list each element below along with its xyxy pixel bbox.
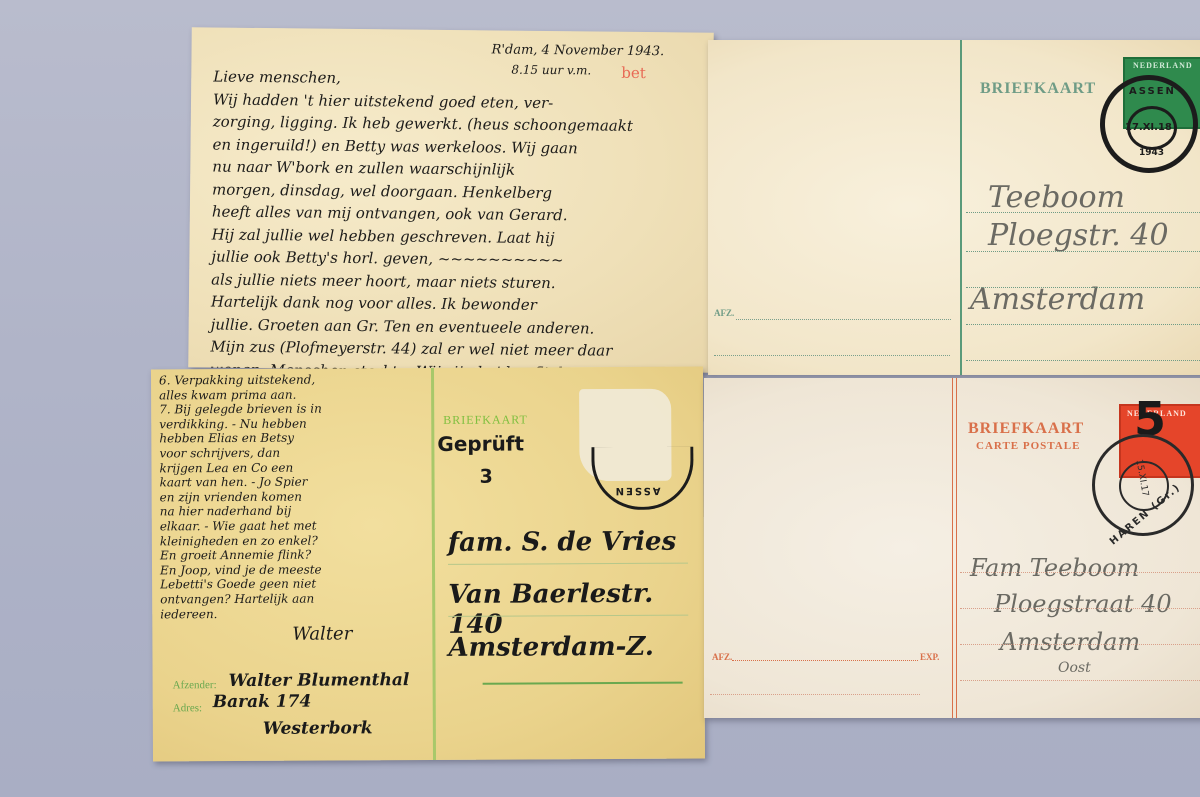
postcard-message-top-left: R'dam, 4 November 1943. 8.15 uur v.m. be… [188, 27, 714, 372]
message-line: en zijn vrienden komen [160, 489, 302, 504]
sender-name: Walter Blumenthal [229, 670, 410, 691]
briefkaart-title: BRIEFKAART [443, 412, 528, 427]
postmark-city: ASSEN [1129, 86, 1176, 97]
postmark-icon: ASSEN 17.XI.18 1943 [1100, 75, 1198, 173]
card-divider [960, 40, 962, 375]
message-line: verdikking. - Nu hebben [159, 416, 307, 431]
message-line: En Joop, vind je de meeste [160, 562, 322, 577]
message-line: na hier naderhand bij [160, 504, 292, 519]
message-line: jullie. Groeten aan Gr. Ten en eventueel… [211, 315, 595, 337]
message-line: hebben Elias en Betsy [159, 431, 294, 446]
message-line: Hartelijk dank nog voor alles. Ik bewond… [211, 292, 537, 313]
message-line: ontvangen? Hartelijk aan [160, 592, 314, 607]
sender-label: AFZ. [712, 652, 732, 662]
card-divider [952, 378, 957, 718]
message-line: voor schrijvers, dan [159, 446, 280, 461]
address-line: Ploegstraat 40 [994, 590, 1172, 618]
signature: Walter [292, 623, 352, 644]
message-line: Hij zal jullie wel hebben geschreven. La… [212, 225, 555, 247]
message-line: nu naar W'bork en zullen waarschijnlijk [212, 157, 515, 178]
message-line: Mijn zus (Plofmeyerstr. 44) zal er wel n… [210, 337, 612, 359]
postmark-icon: 15.XI.17 HAREN (Gr.) [1092, 434, 1194, 536]
briefkaart-title: BRIEFKAART [968, 420, 1084, 438]
message-line: jullie ook Betty's horl. geven, ~~~~~~~~… [211, 247, 563, 269]
postmark-icon [591, 447, 693, 511]
briefkaart-title: BRIEFKAART [980, 80, 1096, 98]
message-line: elkaar. - Wie gaat het met [160, 519, 317, 534]
message-line: zorging, ligging. Ik heb gewerkt. (heus … [213, 113, 633, 135]
postmark-date: 17.XI.18 [1125, 122, 1172, 133]
address-line: Van Baerlestr. 140 [448, 579, 704, 640]
address-line: Teeboom [988, 180, 1125, 215]
message-line: iedereen. [160, 607, 217, 621]
censor-number: 3 [479, 466, 492, 488]
sender-label: Afzender: [173, 679, 217, 691]
message-line: kaart van hen. - Jo Spier [160, 475, 308, 490]
address-line: Oost [1058, 660, 1091, 676]
message-line: 7. Bij gelegde brieven is in [159, 402, 322, 417]
address-line: Amsterdam [1000, 628, 1140, 656]
censor-stamp: Geprüft [437, 431, 524, 455]
address-line: Ploegstr. 40 [988, 218, 1169, 253]
message-line: krijgen Lea en Co een [159, 460, 293, 475]
carte-postale-subtitle: CARTE POSTALE [976, 440, 1080, 452]
sender-address: Westerbork [263, 718, 373, 739]
exp-label: EXP. [920, 652, 939, 662]
message-line: 6. Verpakking uitstekend, [159, 373, 315, 388]
address-line: Fam Teeboom [970, 554, 1139, 582]
red-annotation: bet [621, 64, 646, 82]
postcard-combined-bottom-left: 6. Verpakking uitstekend,alles kwam prim… [151, 367, 705, 762]
address-line: fam. S. de Vries [448, 527, 676, 558]
postmark-city: ASSEN [614, 485, 661, 496]
message-line: heeft alles van mij ontvangen, ook van G… [212, 202, 568, 224]
postcard-address-bottom-right: BRIEFKAART CARTE POSTALE NEDERLAND 5 15.… [704, 378, 1200, 718]
time: 8.15 uur v.m. [511, 63, 591, 78]
message-line: En groeit Annemie flink? [160, 548, 311, 563]
message-line: Lieve menschen, [213, 68, 341, 87]
message-line: en ingeruild!) en Betty was werkeloos. W… [212, 135, 577, 157]
message-line: morgen, dinsdag, wel doorgaan. Henkelber… [212, 180, 552, 202]
card-divider [431, 368, 436, 760]
postmark-year: 1943 [1139, 148, 1164, 158]
address-line: Amsterdam-Z. [448, 632, 654, 663]
message-line: kleinigheden en zo enkel? [160, 533, 318, 548]
stamp-country: NEDERLAND [1133, 61, 1193, 70]
postcard-address-top-right: BRIEFKAART NEDERLAND ASSEN 17.XI.18 1943… [708, 40, 1200, 375]
sender-label: AFZ. [714, 308, 734, 318]
address-label: Adres: [173, 702, 202, 714]
sender-address: Barak 174 [213, 692, 312, 713]
message-line: als jullie niets meer hoort, maar niets … [211, 270, 556, 292]
message-line: Wij hadden 't hier uitstekend goed eten,… [213, 90, 553, 112]
message-line: alles kwam prima aan. [159, 387, 296, 402]
message-line: Lebetti's Goede geen niet [160, 577, 316, 592]
place-date: R'dam, 4 November 1943. [491, 42, 664, 59]
